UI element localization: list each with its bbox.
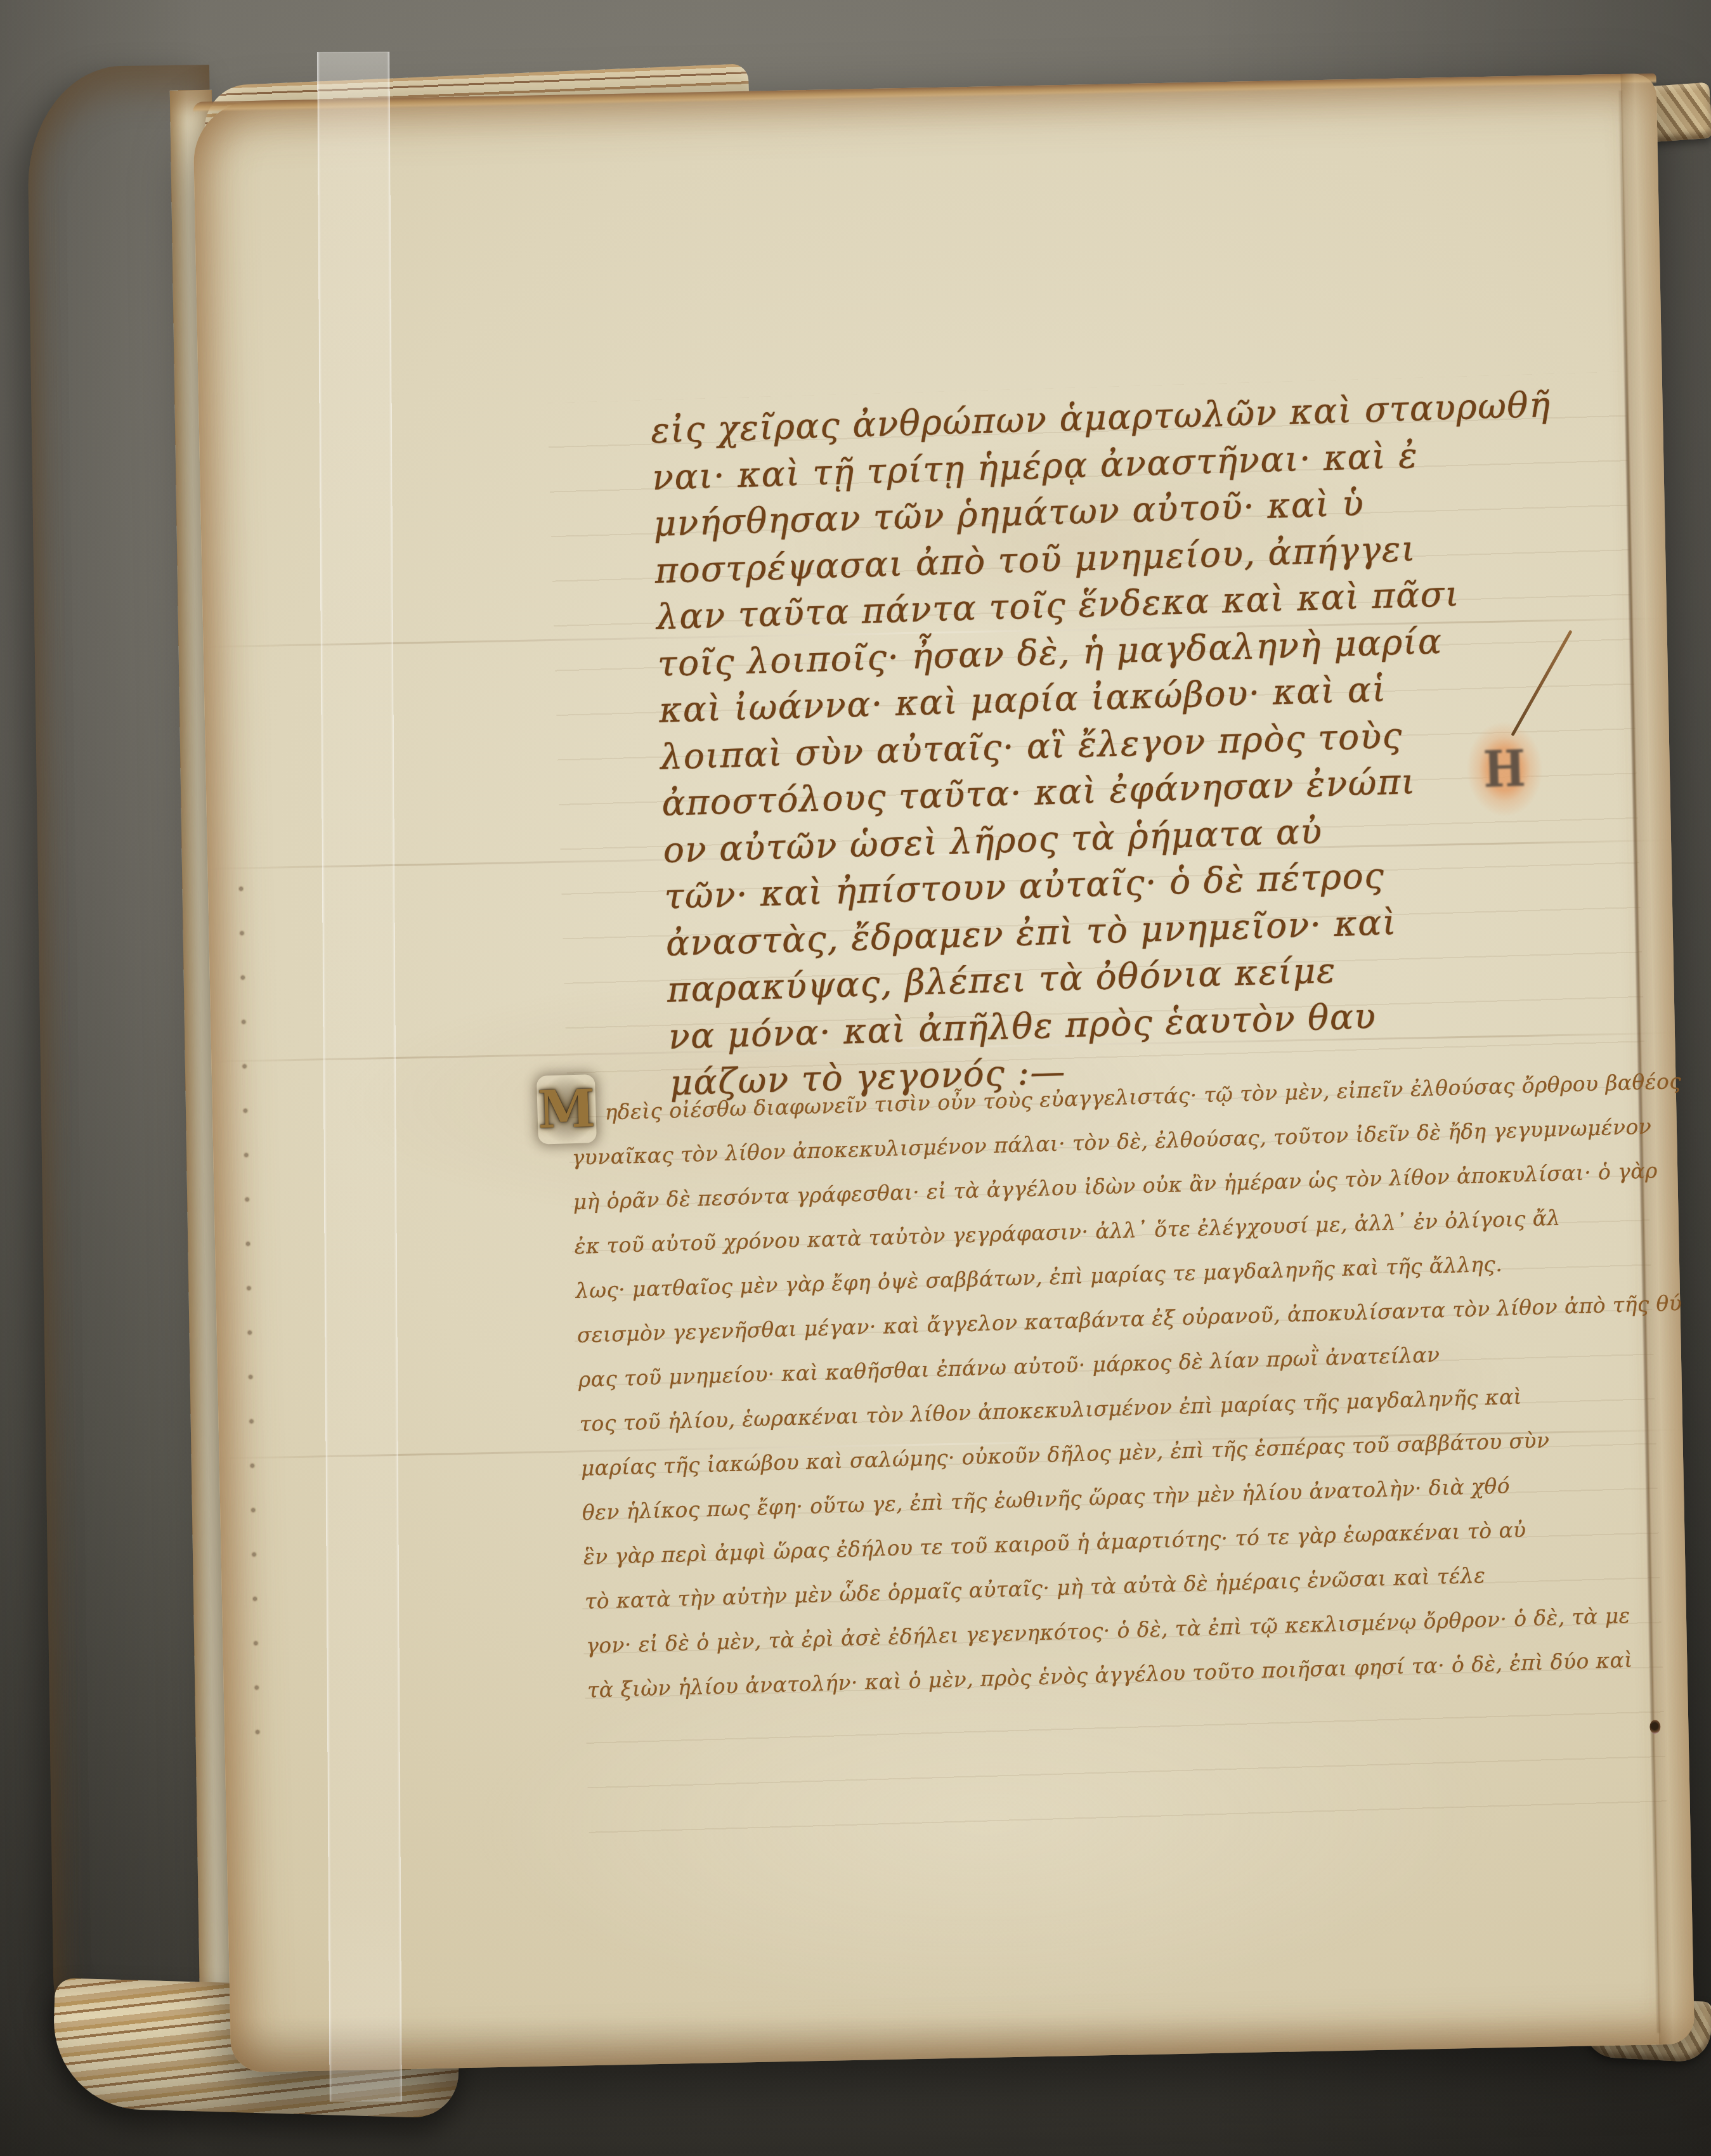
commentary-text-block: ηδεὶς οἰέσθω διαφωνεῖν τισὶν οὖν τοὺς εὐ… xyxy=(570,1059,1704,1713)
photo-background: εἰς χεῖρας ἀνθρώπων ἁμαρτωλῶν καὶ σταυρω… xyxy=(0,0,1711,2156)
text-area: εἰς χεῖρας ἀνθρώπων ἁμαρτωλῶν καὶ σταυρω… xyxy=(183,67,1704,2079)
tape-strip xyxy=(317,52,402,2102)
offset-stain-glyph: Η xyxy=(1483,740,1526,799)
parchment-page: εἰς χεῖρας ἀνθρώπων ἁμαρτωλῶν καὶ σταυρω… xyxy=(193,74,1695,2073)
